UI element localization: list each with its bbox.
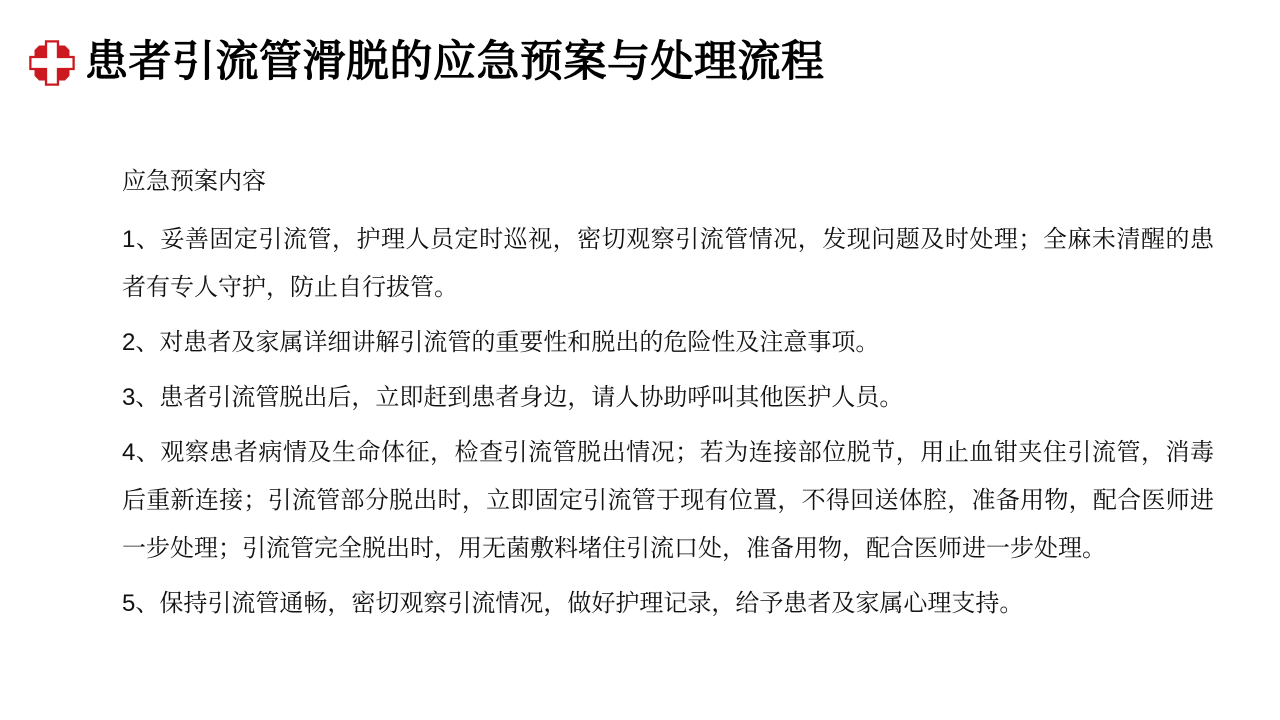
content-paragraph-4: 4、观察患者病情及生命体征，检查引流管脱出情况；若为连接部位脱节，用止血钳夹住引… [122,429,1214,573]
content-paragraph-1: 1、妥善固定引流管，护理人员定时巡视，密切观察引流管情况，发现问题及时处理；全麻… [122,216,1214,312]
page-title: 患者引流管滑脱的应急预案与处理流程 [85,38,825,87]
content-paragraph-5: 5、保持引流管通畅，密切观察引流情况，做好护理记录，给予患者及家属心理支持。 [122,580,1214,628]
slide-header: 患者引流管滑脱的应急预案与处理流程 [29,38,825,87]
content-paragraph-3: 3、患者引流管脱出后，立即赶到患者身边，请人协助呼叫其他医护人员。 [122,374,1214,422]
hospital-cross-icon [29,40,75,86]
slide-content: 应急预案内容 1、妥善固定引流管，护理人员定时巡视，密切观察引流管情况，发现问题… [122,162,1214,635]
presentation-slide: 患者引流管滑脱的应急预案与处理流程 应急预案内容 1、妥善固定引流管，护理人员定… [0,0,1280,720]
section-heading: 应急预案内容 [122,162,1214,202]
content-paragraph-2: 2、对患者及家属详细讲解引流管的重要性和脱出的危险性及注意事项。 [122,319,1214,367]
